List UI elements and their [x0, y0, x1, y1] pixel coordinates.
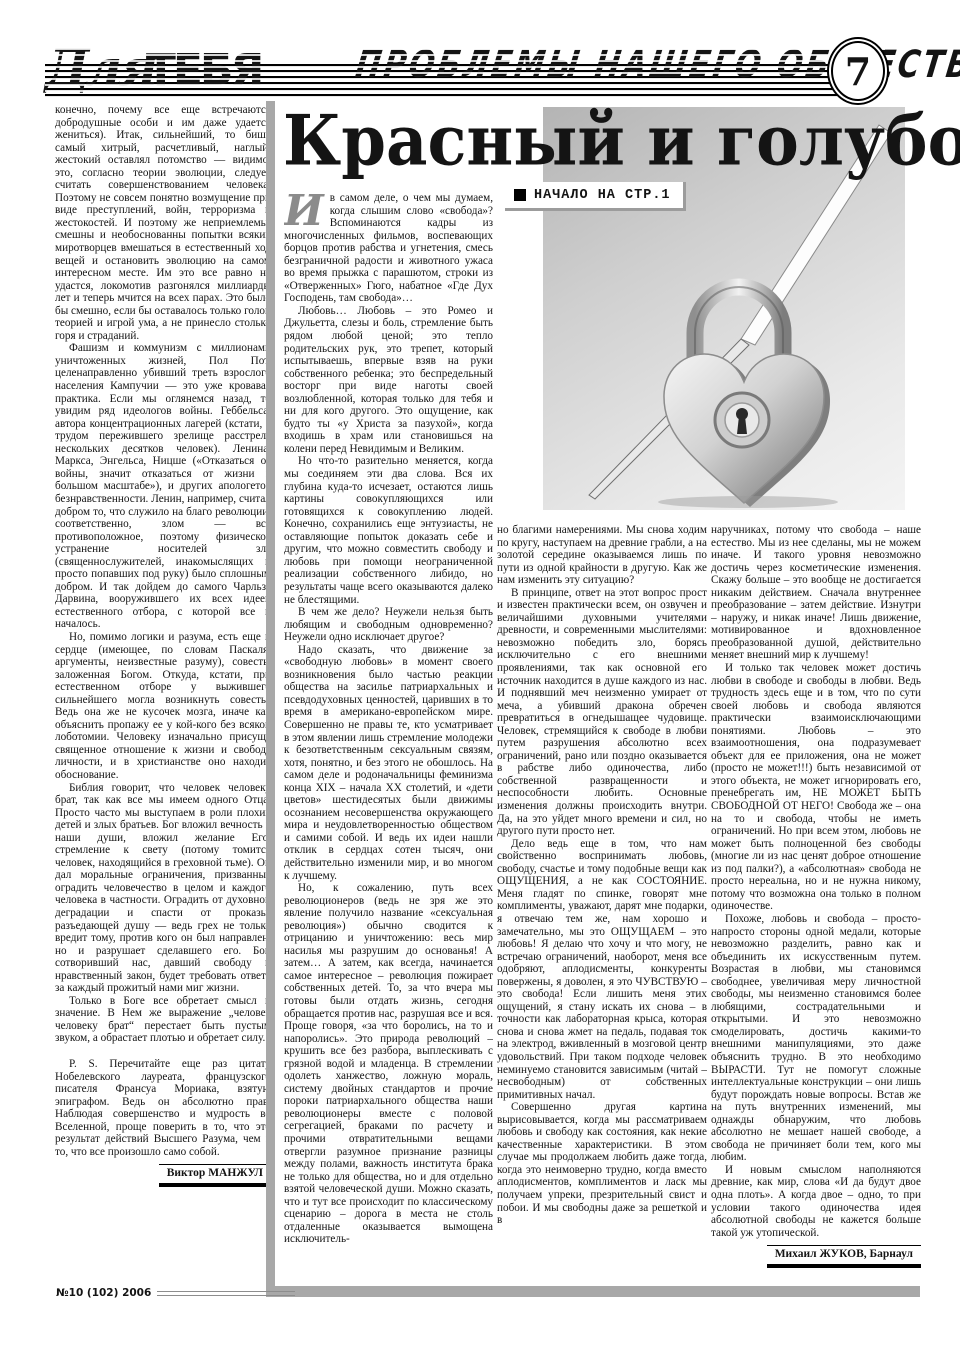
main-article-col3: но благими намерениями. Мы снова ходим п… [497, 524, 707, 1227]
paragraph: Но, к сожалению, путь всех революционеро… [284, 882, 493, 1246]
article-headline: Красный и голубой [283, 92, 943, 191]
paragraph: Но, помимо логики и разума, есть еще и с… [55, 631, 271, 782]
paragraph: Похоже, любовь и свобода – просто-напрос… [711, 913, 921, 1164]
square-bullet-icon [514, 189, 526, 201]
paragraph: Но что-то разительно меняется, когда мы … [284, 455, 493, 606]
column-left-article: конечно, почему все еще встречаются добр… [55, 104, 271, 1282]
paragraph: В принципе, ответ на этот вопрос прост и… [497, 587, 707, 838]
paragraph: Библия говорит, что человек человеку бра… [55, 782, 271, 995]
page-footer: №10 (102) 2006 [56, 1287, 295, 1299]
bottom-bar [266, 1286, 920, 1297]
continuation-text: НАЧАЛО НА СТР.1 [534, 188, 671, 203]
logo-script-part: Для [45, 38, 154, 97]
paragraph: наручниках, потому что свобода – наше ес… [711, 524, 921, 662]
main-article-col4: наручниках, потому что свобода – наше ес… [711, 524, 921, 1239]
author-signature-right: Михаил ЖУКОВ, Барнаул [767, 1245, 921, 1268]
left-signature-wrap: Виктор МАНЖУЛ [55, 1164, 271, 1187]
issue-number: №10 (102) 2006 [56, 1287, 151, 1299]
paragraph: конечно, почему все еще встречаются добр… [55, 104, 271, 342]
column-main-3: наручниках, потому что свобода – наше ес… [711, 524, 921, 1282]
paragraph: Любовь… Любовь – это Ромео и Джульетта, … [284, 305, 493, 456]
newspaper-page: ДляТЕБЯ ПРОБЛЕМЫ НАШЕГО ОБЩЕСТВА 7 [0, 0, 960, 1358]
page-number-badge: 7 [831, 41, 885, 101]
paragraph: но благими намерениями. Мы снова ходим п… [497, 524, 707, 587]
paragraph: В чем же дело? Неужели нельзя быть любящ… [284, 606, 493, 644]
paragraph: P. S. Перечитайте еще раз цитату Нобелев… [55, 1058, 271, 1158]
paragraph: И только так человек может достичь любви… [711, 662, 921, 913]
paragraph: Дело ведь еще в том, что нам свойственно… [497, 838, 707, 1101]
right-signature-wrap: Михаил ЖУКОВ, Барнаул [711, 1245, 921, 1268]
author-signature-left: Виктор МАНЖУЛ [159, 1164, 271, 1187]
drop-cap: И [284, 192, 330, 228]
newspaper-logo: ДляТЕБЯ [45, 38, 261, 97]
main-article-col2: в самом деле, о чем мы думаем, когда слы… [284, 192, 493, 1246]
column-divider [266, 101, 275, 1297]
continuation-label: НАЧАЛО НА СТР.1 [505, 182, 686, 211]
paragraph: И новым смыслом наполняются древние, как… [711, 1164, 921, 1239]
logo-block-part: ТЕБЯ [146, 45, 262, 96]
paragraph: Надо сказать, что движение за «свободную… [284, 644, 493, 882]
footer-rule [157, 1291, 295, 1296]
left-article-paragraphs: конечно, почему все еще встречаются добр… [55, 104, 271, 1158]
paragraph: Фашизм и коммунизм с миллионами уничтоже… [55, 342, 271, 631]
column-main-1: И в самом деле, о чем мы думаем, когда с… [284, 192, 493, 1284]
paragraph: Совершенно другая картина вырисовывается… [497, 1101, 707, 1226]
column-main-2: но благими намерениями. Мы снова ходим п… [497, 524, 707, 1284]
paragraph: Только в Боге все обретает смысл и значе… [55, 995, 271, 1045]
